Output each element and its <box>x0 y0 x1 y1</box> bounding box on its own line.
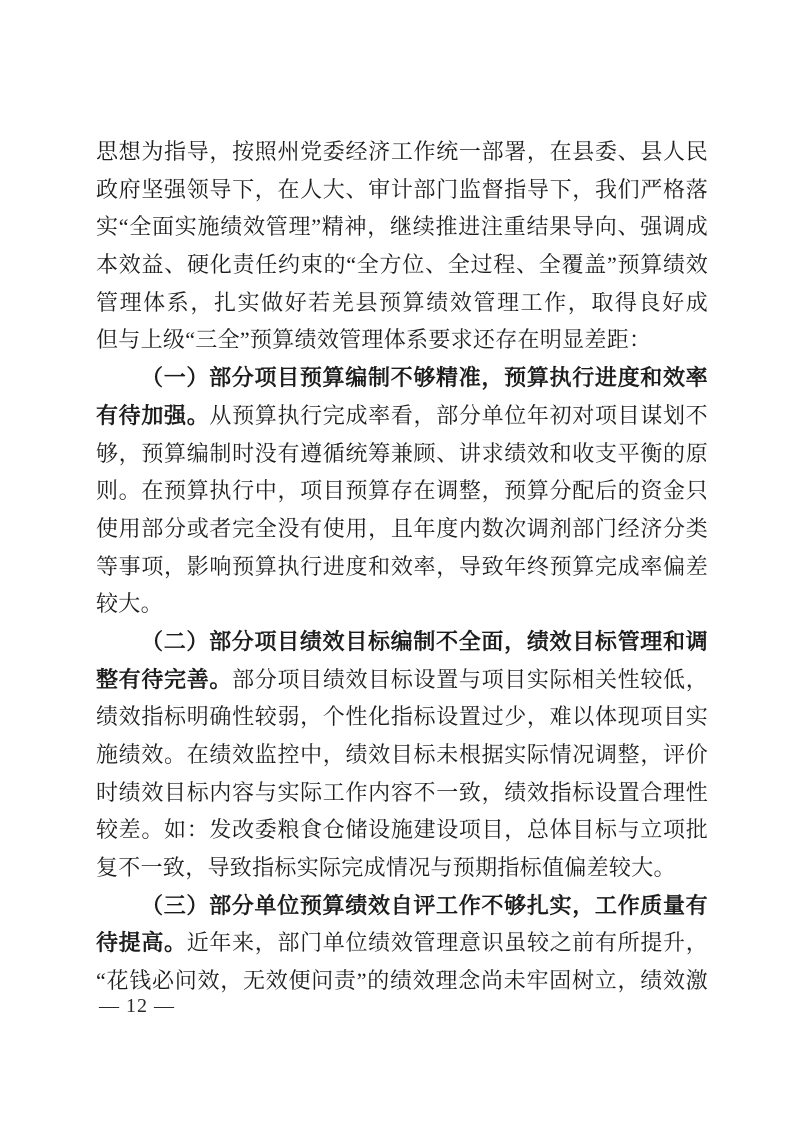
text-line: 绩效指标明确性较弱，个性化指标设置过少，难以体现项目实 <box>96 698 708 736</box>
text-run: 施绩效。在绩效监控中，绩效目标未根据实际情况调整，评价 <box>96 742 708 767</box>
text-line: 整有待完善。部分项目绩效目标设置与项目实际相关性较低， <box>96 661 708 699</box>
text-line: 较大。 <box>96 585 708 623</box>
text-run-bold: （一）部分项目预算编制不够精准，预算执行进度和效率 <box>141 365 708 390</box>
text-run: 实“全面实施绩效管理”精神，继续推进注重结果导向、强调成 <box>96 214 708 239</box>
text-run: 本效益、硬化责任约束的“全方位、全过程、全覆盖”预算绩效 <box>96 252 708 277</box>
text-run: 复不一致，导致指标实际完成情况与预期指标值偏差较大。 <box>96 855 676 880</box>
text-run: 部分项目绩效目标设置与项目实际相关性较低， <box>232 667 708 692</box>
text-line: 使用部分或者完全没有使用，且年度内数次调剂部门经济分类 <box>96 510 708 548</box>
text-line: 有待加强。从预算执行完成率看，部分单位年初对项目谋划不 <box>96 397 708 435</box>
text-line: 本效益、硬化责任约束的“全方位、全过程、全覆盖”预算绩效 <box>96 246 708 284</box>
text-run: 从预算执行完成率看，部分单位年初对项目谋划不 <box>209 403 708 428</box>
text-run: 则。在预算执行中，项目预算存在调整，预算分配后的资金只 <box>96 478 708 503</box>
text-run: 较差。如：发改委粮食仓储设施建设项目，总体目标与立项批 <box>96 817 708 842</box>
text-run: “花钱必问效，无效便问责”的绩效理念尚未牢固树立，绩效激 <box>96 968 708 993</box>
text-line: 复不一致，导致指标实际完成情况与预期指标值偏差较大。 <box>96 849 708 887</box>
text-line: 时绩效目标内容与实际工作内容不一致，绩效指标设置合理性 <box>96 774 708 812</box>
text-line-heading-3: （三）部分单位预算绩效自评工作不够扎实，工作质量有 <box>96 887 708 925</box>
text-run: 时绩效目标内容与实际工作内容不一致，绩效指标设置合理性 <box>96 780 708 805</box>
text-line: 管理体系，扎实做好若羌县预算绩效管理工作，取得良好成效。 <box>96 284 708 322</box>
document-page: 思想为指导，按照州党委经济工作统一部署，在县委、县人民 政府坚强领导下，在人大、… <box>0 0 793 1122</box>
text-line: 政府坚强领导下，在人大、审计部门监督指导下，我们严格落 <box>96 171 708 209</box>
text-run: 绩效指标明确性较弱，个性化指标设置过少，难以体现项目实 <box>96 704 708 729</box>
document-body: 思想为指导，按照州党委经济工作统一部署，在县委、县人民 政府坚强领导下，在人大、… <box>96 133 708 1000</box>
text-line: 够，预算编制时没有遵循统筹兼顾、讲求绩效和收支平衡的原 <box>96 435 708 473</box>
text-run: 但与上级“三全”预算绩效管理体系要求还存在明显差距： <box>96 327 651 352</box>
text-run: 较大。 <box>96 591 163 616</box>
text-line: 则。在预算执行中，项目预算存在调整，预算分配后的资金只 <box>96 472 708 510</box>
text-run: 政府坚强领导下，在人大、审计部门监督指导下，我们严格落 <box>96 177 708 202</box>
text-run: 思想为指导，按照州党委经济工作统一部署，在县委、县人民 <box>96 139 708 164</box>
page-number: — 12 — <box>99 995 175 1018</box>
text-run-bold: 待提高。 <box>96 930 187 955</box>
text-run: 够，预算编制时没有遵循统筹兼顾、讲求绩效和收支平衡的原 <box>96 441 708 466</box>
text-run-bold: （二）部分项目绩效目标编制不全面，绩效目标管理和调 <box>141 629 708 654</box>
text-line-heading-1: （一）部分项目预算编制不够精准，预算执行进度和效率 <box>96 359 708 397</box>
text-line: 但与上级“三全”预算绩效管理体系要求还存在明显差距： <box>96 321 708 359</box>
text-run: 管理体系，扎实做好若羌县预算绩效管理工作，取得良好成效。 <box>96 290 708 322</box>
text-line-heading-2: （二）部分项目绩效目标编制不全面，绩效目标管理和调 <box>96 623 708 661</box>
text-line: 思想为指导，按照州党委经济工作统一部署，在县委、县人民 <box>96 133 708 171</box>
text-line: 等事项，影响预算执行进度和效率，导致年终预算完成率偏差 <box>96 548 708 586</box>
text-run-bold: 有待加强。 <box>96 403 209 428</box>
text-line: “花钱必问效，无效便问责”的绩效理念尚未牢固树立，绩效激 <box>96 962 708 1000</box>
text-line: 待提高。近年来，部门单位绩效管理意识虽较之前有所提升， <box>96 924 708 962</box>
text-run: 近年来，部门单位绩效管理意识虽较之前有所提升， <box>187 930 708 955</box>
text-run-bold: 整有待完善。 <box>96 667 232 692</box>
text-line: 施绩效。在绩效监控中，绩效目标未根据实际情况调整，评价 <box>96 736 708 774</box>
text-line: 实“全面实施绩效管理”精神，继续推进注重结果导向、强调成 <box>96 208 708 246</box>
text-line: 较差。如：发改委粮食仓储设施建设项目，总体目标与立项批 <box>96 811 708 849</box>
text-run: 等事项，影响预算执行进度和效率，导致年终预算完成率偏差 <box>96 554 708 579</box>
text-run: 使用部分或者完全没有使用，且年度内数次调剂部门经济分类 <box>96 516 708 541</box>
text-run-bold: （三）部分单位预算绩效自评工作不够扎实，工作质量有 <box>141 893 708 918</box>
